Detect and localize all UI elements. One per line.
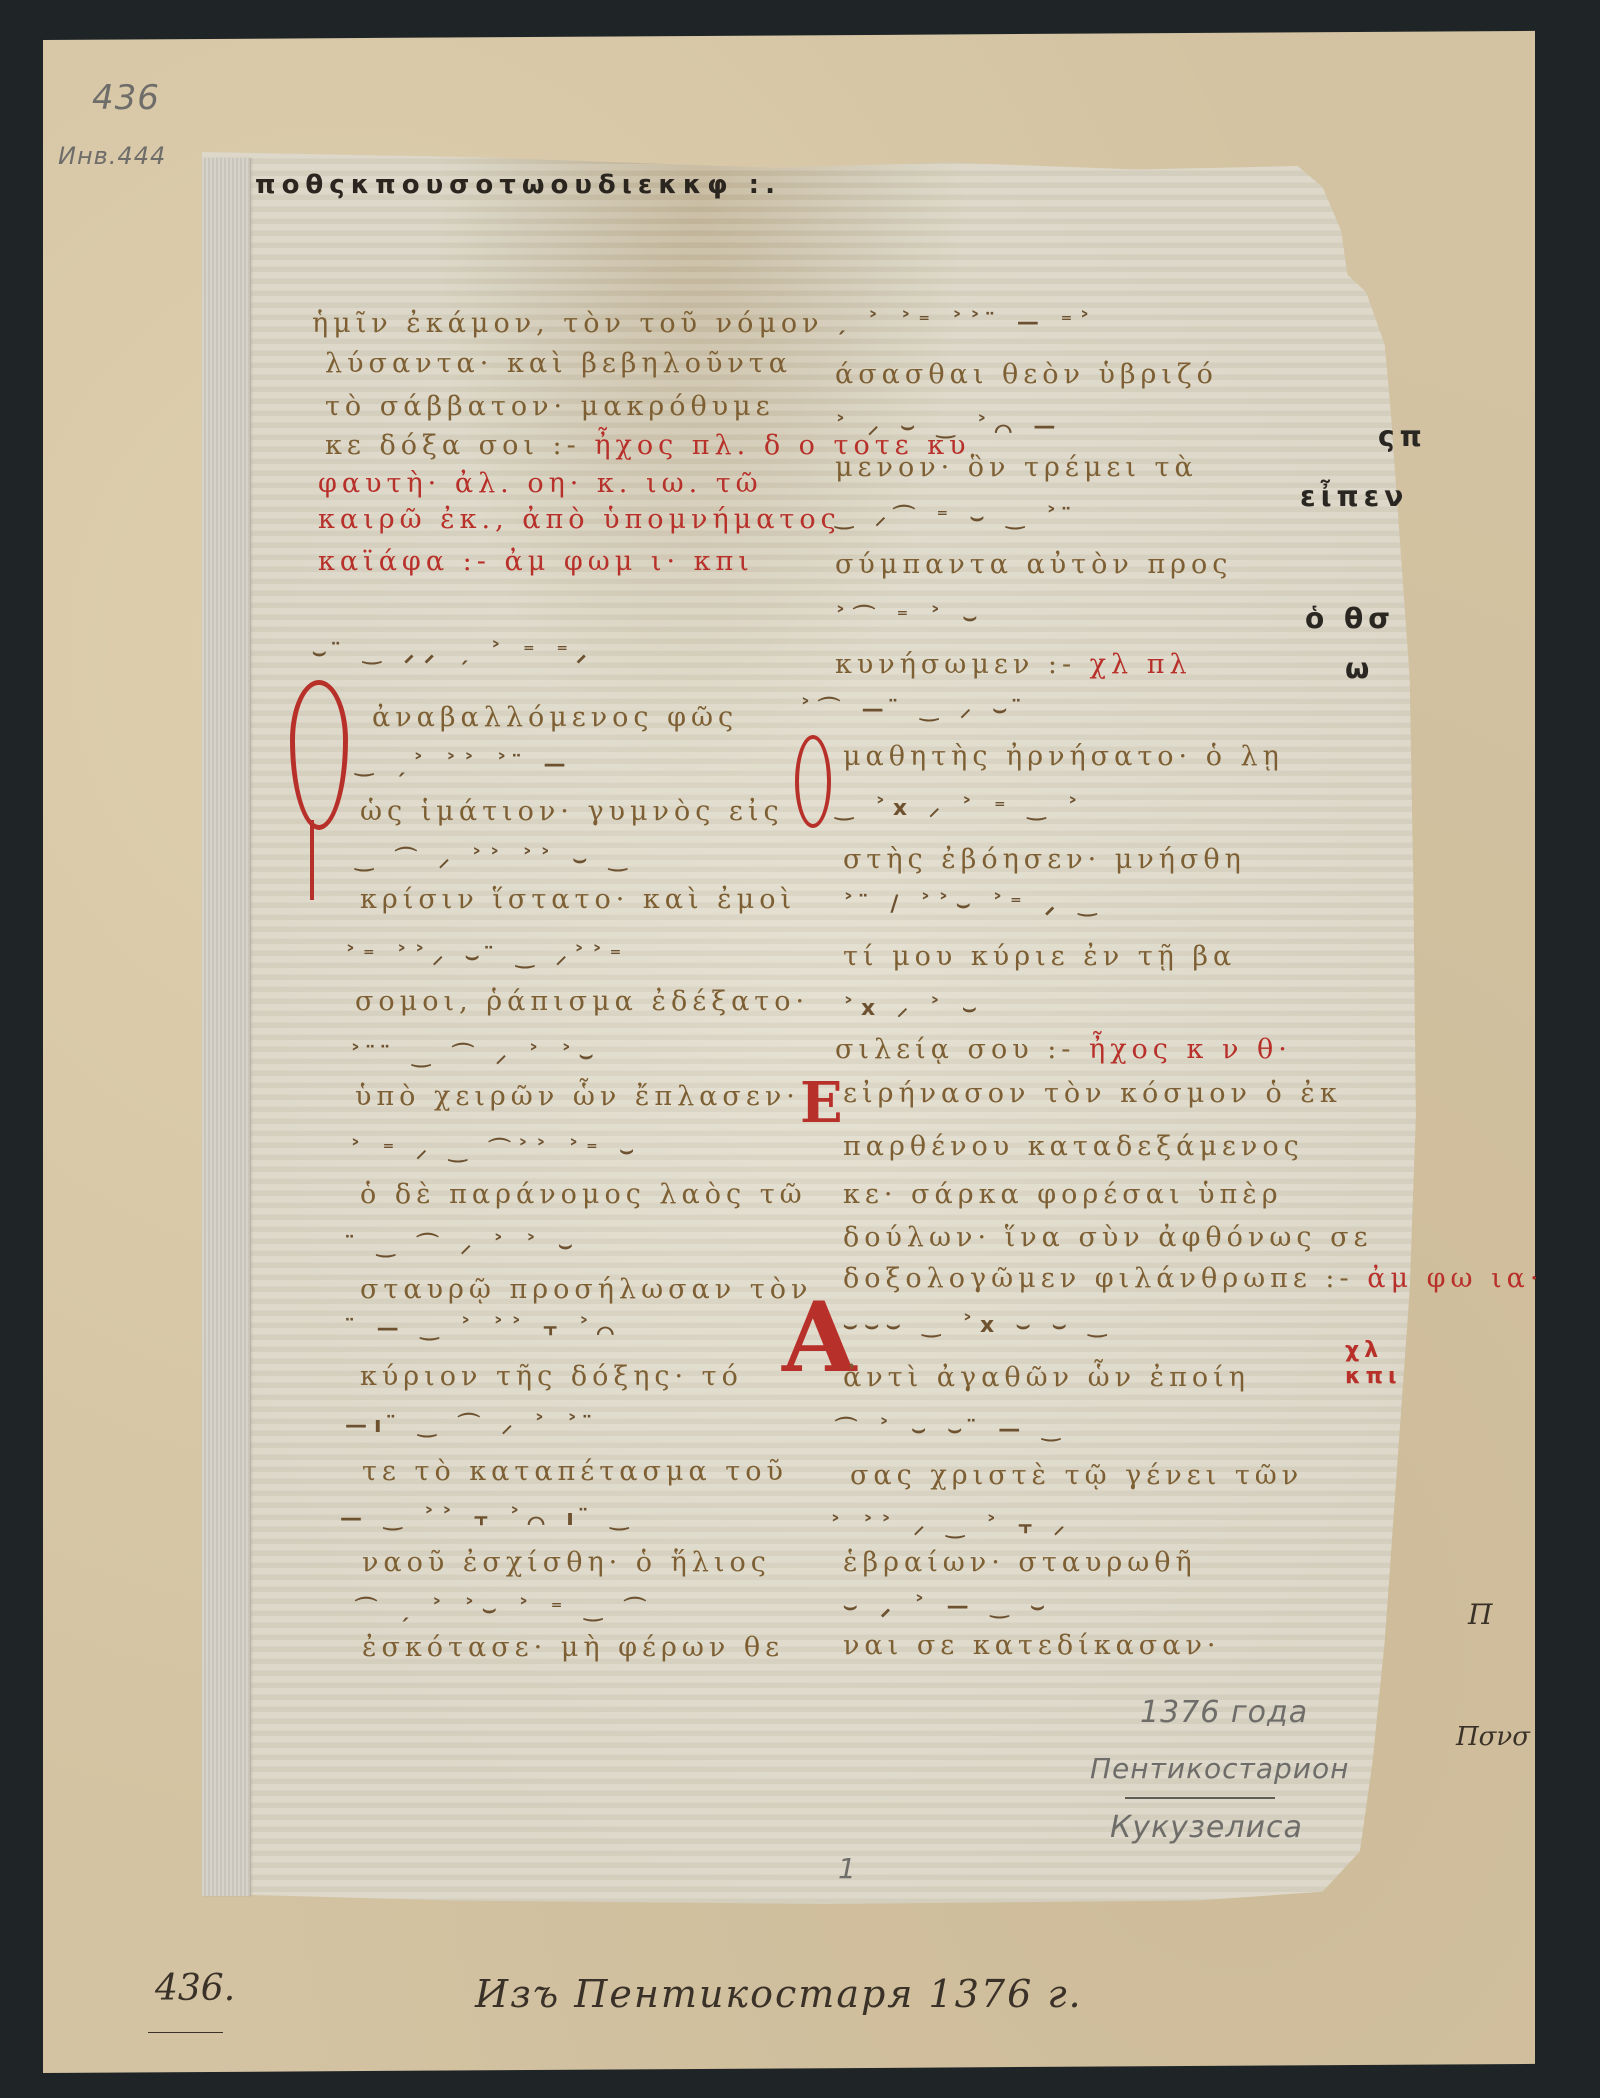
text-line: ὁ δὲ παράνομος λαὸς τῶ	[360, 1179, 807, 1210]
neume-line: —ı ̈ ‿ ⌒ ⸝ ˃ ˃ ̈	[345, 1408, 599, 1439]
text-line: σύμπαντα αὐτὸν προς	[835, 549, 1232, 580]
text-line: ἑβραίων· σταυρωθῆ	[843, 1547, 1197, 1578]
pencil-date-note: 1376 года	[1140, 1695, 1308, 1730]
red-initial-tail	[310, 820, 324, 900]
rubric: χλ πλ	[1090, 649, 1192, 680]
text-line: τί μου κύριε ἐν τῇ βα	[843, 941, 1236, 972]
text-line: λύσαντα· καὶ βεβηλοῦντα	[325, 348, 792, 379]
neume-line: ‿ ⌒ ⸝ ˃˃ ˃˃ ⌣ ‿	[355, 842, 634, 873]
neume-line: ˃ ̈ / ˃˃⌣ ˃⁼ ⸝ ‿	[843, 892, 1104, 917]
text-line: στὴς ἐβόησεν· μνήσθη	[843, 844, 1246, 875]
neume-line: ˃ ˃˃ ⸝ ‿ ˃ ⫟ ⸝	[830, 1510, 1072, 1540]
text-line: καϊάφα :- ἀμ φωμ ι· κπι	[318, 546, 754, 577]
neume-line: ‿ ˃x ⸝ ˃ ⁼ ‿ ˃	[835, 792, 1085, 822]
text-line: δούλων· ἵνα σὺν ἀφθόνως σε	[843, 1222, 1373, 1253]
bottom-caption: Изъ Пентикостаря 1376 г.	[475, 1972, 1083, 2016]
text-line: ναοῦ ἐσχίσθη· ὁ ἥλιος	[362, 1547, 771, 1578]
text-line: ὡς ἱμάτιον· γυμνὸς εἰς	[360, 796, 784, 827]
text-line: σας χριστὲ τῷ γένει τῶν	[850, 1460, 1303, 1491]
text-line: κύριον τῆς δόξης· τό	[360, 1361, 743, 1392]
text-line: σταυρῷ προσήλωσαν τὸν	[360, 1274, 812, 1305]
text-line: τε τὸ καταπέτασμα τοῦ	[362, 1456, 788, 1487]
neume-line: ̈ — ‿ ˃ ˃˃ ⫟ ˃⌒	[355, 1316, 621, 1341]
margin-note: ω	[1345, 652, 1374, 685]
neume-line: ‿ ˏ˃ ˃˃ ˃ ̈ —	[355, 752, 573, 777]
text-line: ἀντὶ ἀγαθῶν ὧν ἐποίη	[843, 1362, 1250, 1393]
neume-line: ˃ ⁼ ⸝ ‿ ⌒˃˃ ˃⁼ ⌣	[350, 1133, 641, 1164]
text-line: κρίσιν ἵστατο· καὶ ἐμοὶ	[360, 884, 796, 915]
text-line: παρθένου καταδεξάμενος	[843, 1131, 1304, 1162]
pencil-underline	[1125, 1797, 1275, 1799]
text-line: ἡμῖν ἐκάμον, τὸν τοῦ νόμον	[312, 308, 824, 339]
rubric: ἦχος κ ν θ·	[1089, 1034, 1292, 1065]
rubric-line: φαυτὴ· ἀλ. οη· κ. ιω. τῶ	[318, 468, 763, 499]
neume-line: ⌣ ̈ ‿ ⸝⸝ ˏ ˃ ⁼ ⁼⸝	[312, 640, 595, 665]
neume-line: ˃⌒ — ̈ ‿ ⸝ ⌣ ̈	[800, 692, 1029, 723]
rubric: ἀμ φωμ ι· κπι	[504, 546, 753, 577]
text-span: κυνήσωμεν :-	[835, 649, 1076, 680]
margin-note: εἶπεν	[1300, 480, 1408, 513]
margin-note: ὁ θσ	[1305, 602, 1395, 635]
margin-rubric: κπι	[1345, 1364, 1402, 1389]
margin-note: ςπ	[1378, 420, 1427, 453]
neume-line: ˃ ̈ ̈ ‿ ⌒ ⸝ ˃ ˃⌣	[350, 1038, 600, 1069]
text-line: ἐσκότασε· μὴ φέρων θε	[362, 1632, 784, 1663]
text-line: κε· σάρκα φορέσαι ὑπὲρ	[843, 1179, 1283, 1210]
neume-line: ⌣ ⸝ ˃ — ‿ ⌣	[843, 1594, 1052, 1619]
red-initial-epsilon: Ε	[800, 1070, 843, 1136]
text-line: κυνήσωμεν :- χλ πλ	[835, 649, 1192, 680]
neume-line: ˃ ⸝ ⌣ ‿ ˃⌒ —	[835, 410, 1062, 440]
text-span: κε δόξα σοι :-	[325, 430, 581, 461]
mount-margin-note-middle: Πσνσ	[1456, 1722, 1530, 1752]
neume-line: ˏ ˃ ˃⁼ ˃˃ ̈ — ⁼˃	[835, 310, 1097, 335]
rubric: ἀμ φω ια·	[1367, 1263, 1543, 1294]
text-span: σιλείᾳ σου :-	[835, 1034, 1075, 1065]
text-line: μενον· ὃν τρέμει τὰ	[835, 452, 1198, 483]
catalog-number-bottom: 436.	[155, 1968, 235, 2009]
text-line: ἀναβαλλόμενος φῶς	[372, 702, 738, 733]
rubric: καϊάφα :-	[318, 546, 491, 577]
catalog-number-top: 436	[92, 78, 160, 118]
text-line: σιλείᾳ σου :- ἦχος κ ν θ·	[835, 1034, 1292, 1065]
text-line: δοξολογῶμεν φιλάνθρωπε :- ἀμ φω ια·	[843, 1263, 1544, 1294]
neume-line: ⌣⌣⌣ ‿ ˃x ⌣ ⌣ ‿	[843, 1313, 1113, 1338]
rubric-line: καιρῶ ἐκ., ἀπὸ ὑπομνήματος	[318, 504, 841, 535]
text-line: μαθητὴς ἠρνήσατο· ὁ λῃ	[843, 741, 1284, 772]
neume-line: ⌒ ˏ ˃ ˃⌣ ˃ ⁼ ‿ ⌒	[355, 1592, 653, 1623]
running-header: ποθςκπουσοτωουδιεκκφ :.	[255, 170, 781, 200]
catalog-underline	[148, 2032, 223, 2033]
pencil-book-note: Пентикостарион	[1090, 1752, 1349, 1785]
neume-line: ̈ ‿ ⌒ ⸝ ˃ ˃ ⌣	[355, 1228, 580, 1259]
text-line: ὑπὸ χειρῶν ὧν ἔπλασεν·	[355, 1081, 800, 1112]
neume-line: ˃⁼ ˃˃⸝ ⌣ ̈ ‿ ⸝˃˃⁼	[345, 940, 628, 970]
text-line: εἰρήνασον τὸν κόσμον ὁ ἐκ	[843, 1078, 1342, 1109]
neume-line: ˃⌒ ⁼ ˃ ⌣	[835, 600, 984, 631]
text-line: ναι σε κατεδίκασαν·	[843, 1630, 1220, 1661]
mount-margin-note-top: Π	[1468, 1598, 1492, 1631]
inventory-number: Инв.444	[58, 142, 166, 170]
red-initial-omicron-small	[795, 735, 831, 828]
neume-line: ‿ ⸝⌒ ⁼ ⌣ ‿ ˃ ̈	[835, 500, 1078, 531]
hinge-tape	[202, 158, 251, 1896]
margin-rubric: χλ	[1345, 1338, 1383, 1363]
text-line: άσασθαι θεὸν ὑβριζό	[835, 359, 1218, 390]
text-line: τὸ σάββατον· μακρόθυμε	[325, 391, 775, 422]
pencil-author-note: Кукузелиса	[1110, 1810, 1303, 1845]
text-span: δοξολογῶμεν φιλάνθρωπε :-	[843, 1263, 1354, 1294]
text-line: σομοι, ῥάπισμα ἐδέξατο·	[355, 986, 809, 1017]
neume-line: — ‿ ˃˃ ⫟ ˃⌒ ı ̈ ‿	[340, 1506, 635, 1531]
neume-line: ˃x ⸝ ˃ ⌣	[843, 992, 984, 1022]
neume-line: ⌒ ˃ ⌣ ⌣ ̈ — ‿	[835, 1412, 1067, 1443]
page-number: 1	[838, 1852, 857, 1885]
